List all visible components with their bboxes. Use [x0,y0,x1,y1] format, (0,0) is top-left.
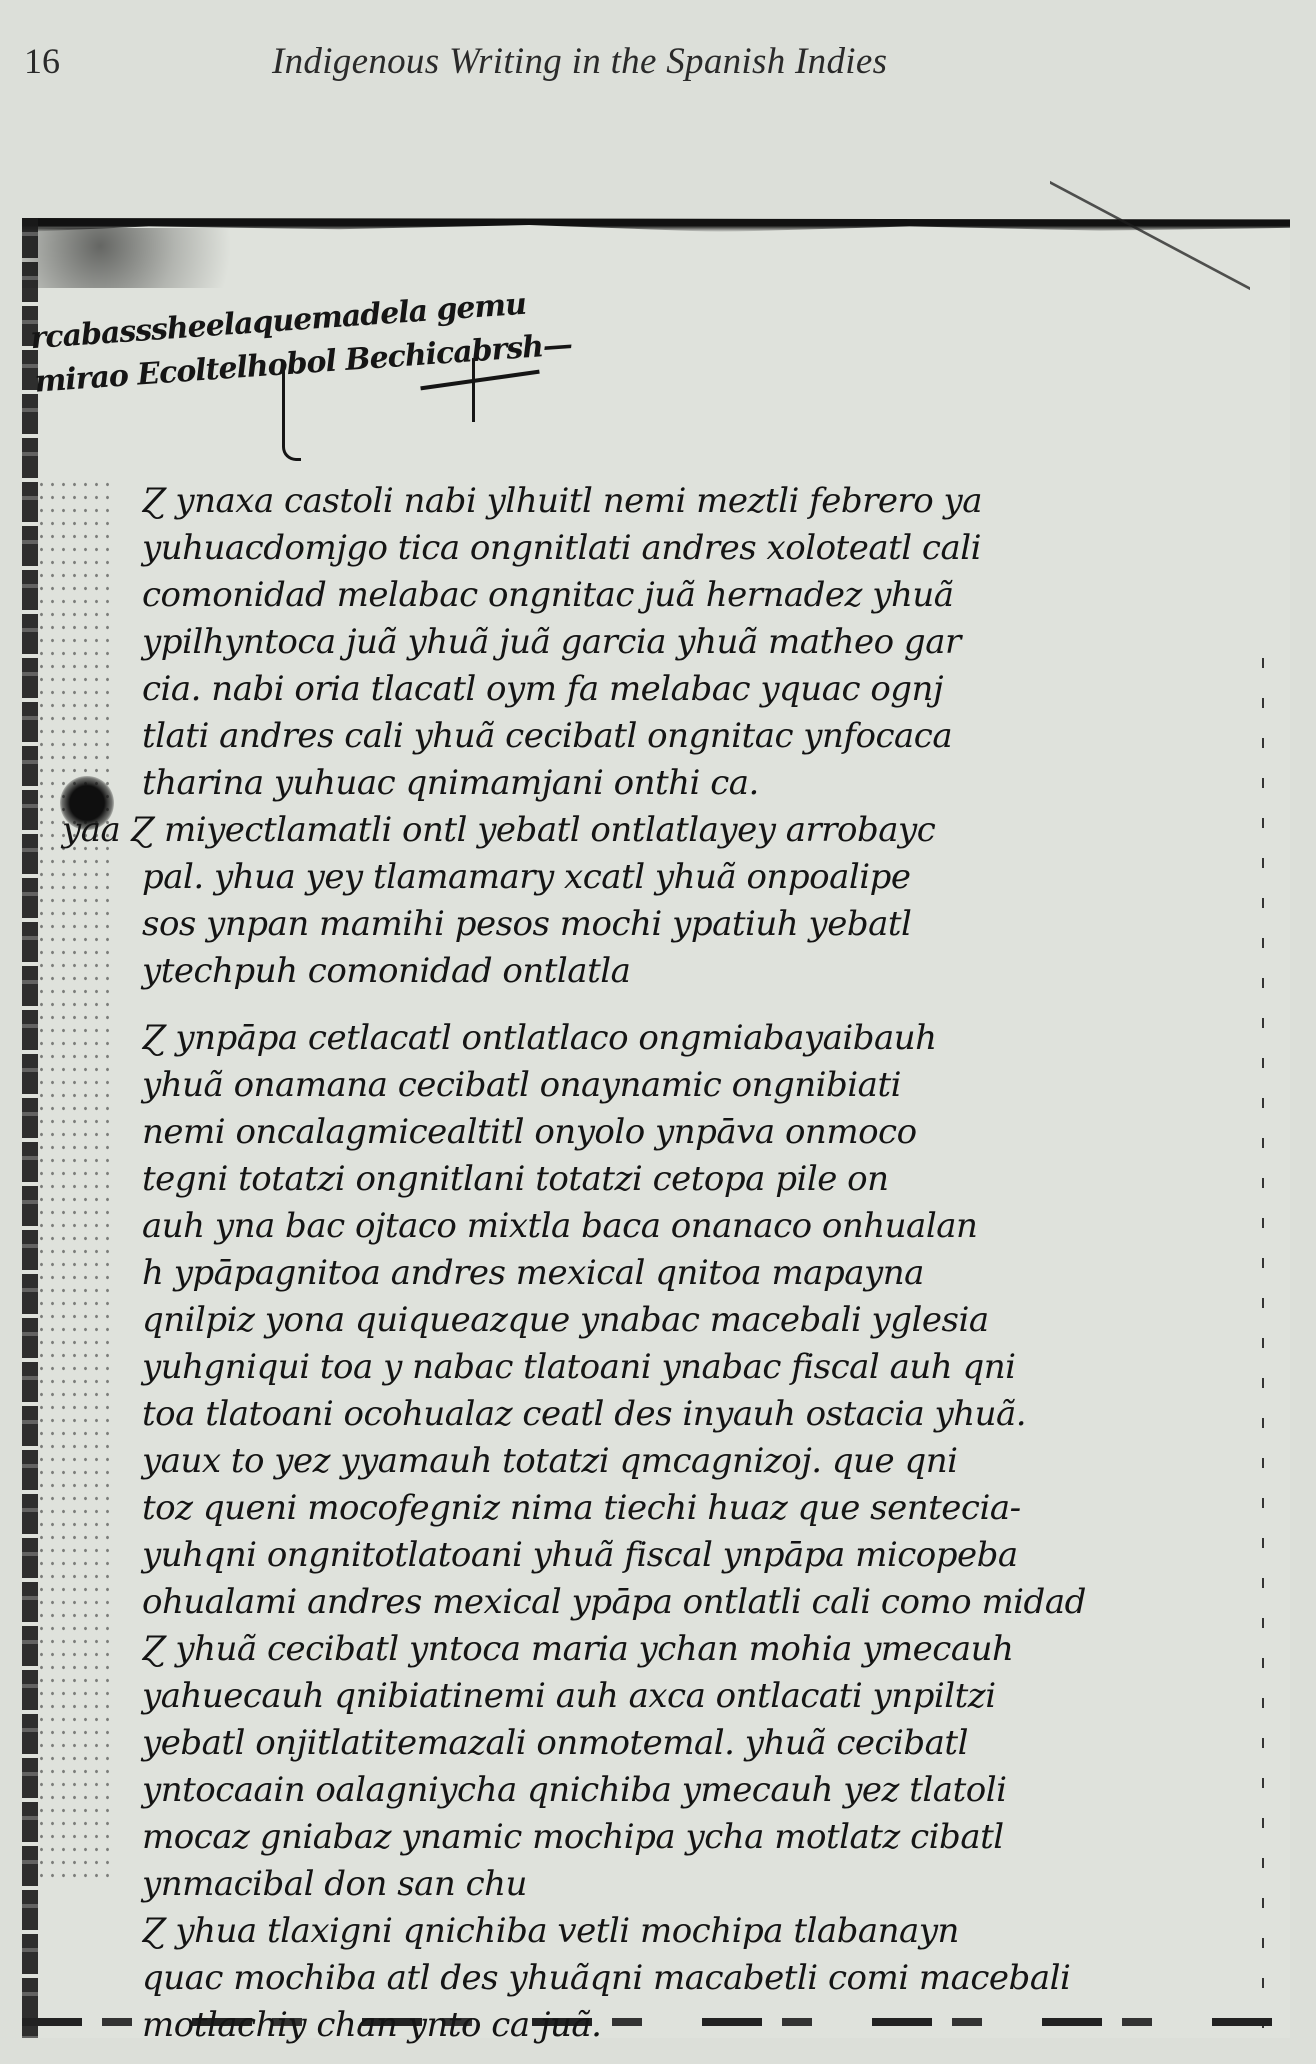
manuscript-line: Ɀ yhua tlaxigni qnichiba vetli mochipa t… [142,1908,1262,1955]
manuscript-line: sos ynpan mamihi pesos mochi ypatiuh yeb… [142,901,1262,948]
paragraph: Ɀ ynpāpa cetlacatl ontlatlaco ongmiabaya… [142,1015,1262,1626]
manuscript-line: yaa Ɀ miyectlamatli ontl yebatl ontlatla… [62,807,1262,854]
manuscript-line: toz queni mocofegniz nima tiechi huaz qu… [142,1485,1262,1532]
bracket-mark [282,368,301,461]
manuscript-line: mocaz gniabaz ynamic mochipa ycha motlat… [142,1814,1262,1861]
manuscript-right-edge [1262,658,1264,2038]
paragraph: Ɀ yhuã cecibatl yntoca maria ychan mohia… [142,1626,1262,1908]
manuscript-line: tharina yuhuac qnimamjani onthi ca. [142,760,1262,807]
manuscript-line: Ɀ ynaxa castoli nabi ylhuitl nemi meztli… [142,478,1262,525]
manuscript-line: yahuecauh qnibiatinemi auh axca ontlacat… [142,1673,1262,1720]
manuscript-line: pal. yhua yey tlamamary xcatl yhuã onpoa… [142,854,1262,901]
manuscript-line: motlachiy chan ynto ca juã. [142,2002,1262,2049]
cross-mark-icon [420,370,539,391]
manuscript-line: yebatl onjitlatitemazali onmotemal. yhuã… [142,1720,1262,1767]
manuscript-facsimile: rcabasssheelaquemadela gemu mirao Ecolte… [22,218,1290,2038]
manuscript-line: ytechpuh comonidad ontlatla [142,948,1262,995]
manuscript-line: tlati andres cali yhuã cecibatl ongnitac… [142,713,1262,760]
manuscript-line: h ypāpagnitoa andres mexical qnitoa mapa… [142,1250,1262,1297]
manuscript-line: tegni totatzi ongnitlani totatzi cetopa … [142,1156,1262,1203]
manuscript-line: yuhgniqui toa y nabac tlatoani ynabac fi… [142,1344,1262,1391]
cross-mark-icon [472,358,475,422]
manuscript-speckle [36,478,116,1878]
manuscript-damage-mark [1050,181,1250,400]
manuscript-line: quac mochiba atl des yhuãqni macabetli c… [142,1955,1262,2002]
manuscript-stain [22,228,282,288]
running-head: 16 Indigenous Writing in the Spanish Ind… [24,40,1316,90]
manuscript-line: yntocaain oalagniycha qnichiba ymecauh y… [142,1767,1262,1814]
manuscript-line: cia. nabi oria tlacatl oym fa melabac yq… [142,666,1262,713]
manuscript-line: yuhqni ongnitotlatoani yhuã fiscal ynpāp… [142,1532,1262,1579]
manuscript-line: yaux to yez yyamauh totatzi qmcagnizoj. … [142,1438,1262,1485]
book-title: Indigenous Writing in the Spanish Indies [272,40,887,83]
manuscript-line: auh yna bac ojtaco mixtla baca onanaco o… [142,1203,1262,1250]
manuscript-line: nemi oncalagmicealtitl onyolo ynpāva onm… [142,1109,1262,1156]
manuscript-line: Ɀ ynpāpa cetlacatl ontlatlaco ongmiabaya… [142,1015,1262,1062]
manuscript-line: toa tlatoani ocohualaz ceatl des inyauh … [142,1391,1262,1438]
paragraph: Ɀ ynaxa castoli nabi ylhuitl nemi meztli… [142,478,1262,807]
paragraph-gap [142,995,1262,1015]
manuscript-line: yhuã onamana cecibatl onaynamic ongnibia… [142,1062,1262,1109]
manuscript-line: comonidad melabac ongnitac juã hernadez … [142,572,1262,619]
manuscript-line: qnilpiz yona quiqueazque ynabac macebali… [142,1297,1262,1344]
paragraph: yaa Ɀ miyectlamatli ontl yebatl ontlatla… [142,807,1262,995]
manuscript-line: ynmacibal don san chu [142,1861,1262,1908]
page-number: 16 [24,40,272,82]
manuscript-line: yuhuacdomjgo tica ongnitlati andres xolo… [142,525,1262,572]
manuscript-text: Ɀ ynaxa castoli nabi ylhuitl nemi meztli… [142,478,1262,2049]
manuscript-line: ypilhyntoca juã yhuã juã garcia yhuã mat… [142,619,1262,666]
paragraph: Ɀ yhua tlaxigni qnichiba vetli mochipa t… [142,1908,1262,2049]
manuscript-line: Ɀ yhuã cecibatl yntoca maria ychan mohia… [142,1626,1262,1673]
manuscript-line: ohualami andres mexical ypāpa ontlatli c… [142,1579,1262,1626]
